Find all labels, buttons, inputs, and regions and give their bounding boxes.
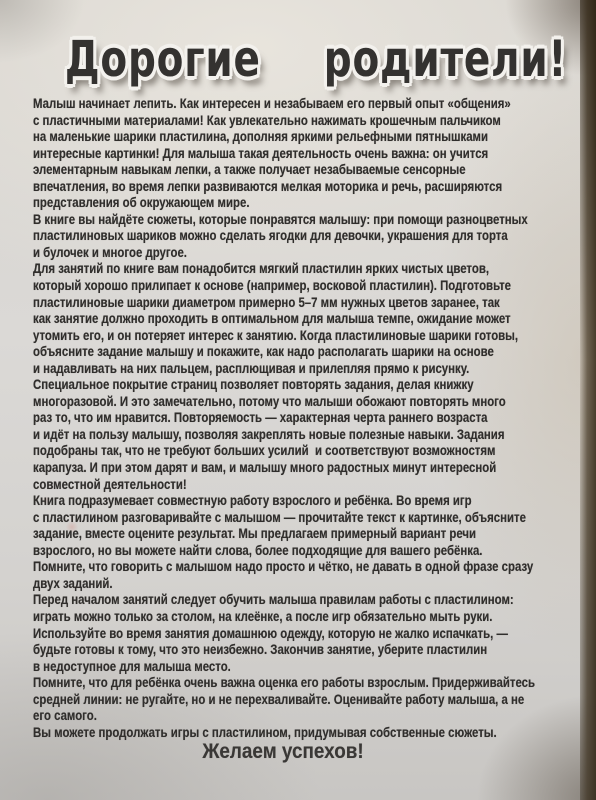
book-page-photo: Дорогие родители! Малыш начинает лепить.… bbox=[0, 0, 596, 800]
text-line: Малыш начинает лепить. Как интересен и н… bbox=[33, 95, 484, 112]
text-line: утомить его, и он потеряет интерес к зан… bbox=[33, 327, 484, 344]
text-line: двух заданий. bbox=[33, 575, 484, 592]
text-line: Для занятий по книге вам понадобится мяг… bbox=[33, 260, 484, 277]
text-line: многоразовой. И это замечательно, потому… bbox=[33, 393, 484, 410]
text-line: Помните, что говорить с малышом надо про… bbox=[33, 558, 484, 575]
text-line: и идёт на пользу малышу, позволяя закреп… bbox=[33, 426, 484, 443]
text-line: Вы можете продолжать игры с пластилином,… bbox=[33, 724, 484, 741]
text-line: представления об окружающем мире. bbox=[33, 194, 484, 211]
text-line: В книге вы найдёте сюжеты, которые понра… bbox=[33, 211, 484, 228]
text-line: с пластичными материалами! Как увлекател… bbox=[33, 112, 484, 129]
text-line: карапуза. И при этом дарят и вам, и малы… bbox=[33, 459, 484, 476]
text-line: будьте готовы к тому, что это неизбежно.… bbox=[33, 641, 484, 658]
text-line: Книга подразумевает совместную работу вз… bbox=[33, 492, 484, 509]
text-line: и булочек и многое другое. bbox=[33, 244, 484, 261]
text-line: совместной деятельности! bbox=[33, 476, 484, 493]
text-line: взрослого, но вы можете найти слова, бол… bbox=[33, 542, 484, 559]
text-line: средней линии: не ругайте, но и не перех… bbox=[33, 691, 484, 708]
text-line: элементарным навыкам лепки, а также полу… bbox=[33, 161, 484, 178]
text-line: как занятие должно проходить в оптимальн… bbox=[33, 310, 484, 327]
text-line: подобраны так, что не требуют больших ус… bbox=[33, 442, 484, 459]
closing-line: Желаем успехов! bbox=[28, 740, 537, 764]
text-line: который хорошо прилипает к основе (напри… bbox=[33, 277, 484, 294]
page-title: Дорогие родители! bbox=[65, 30, 525, 88]
body-text: Малыш начинает лепить. Как интересен и н… bbox=[33, 95, 586, 740]
text-line: пластилиновые шарики диаметром примерно … bbox=[33, 294, 484, 311]
text-line: его самого. bbox=[33, 707, 484, 724]
text-line: задание, вместе оцените результат. Мы пр… bbox=[33, 525, 484, 542]
page: Дорогие родители! Малыш начинает лепить.… bbox=[0, 0, 596, 800]
text-line: играть можно только за столом, на клеёнк… bbox=[33, 608, 484, 625]
text-line: объясните задание малышу и покажите, как… bbox=[33, 343, 484, 360]
text-line: в недоступное для малыша место. bbox=[33, 658, 484, 675]
text-line: на маленькие шарики пластилина, дополняя… bbox=[33, 128, 484, 145]
text-line: Помните, что для ребёнка очень важна оце… bbox=[33, 674, 484, 691]
text-line: Перед началом занятий следует обучить ма… bbox=[33, 591, 484, 608]
text-line: впечатления, во время лепки развиваются … bbox=[33, 178, 484, 195]
photo-edge-right bbox=[580, 0, 596, 800]
text-line: пластилиновых шариков можно сделать ягод… bbox=[33, 227, 484, 244]
text-line: с пластилином разговаривайте с малышом —… bbox=[33, 509, 484, 526]
text-line: Специальное покрытие страниц позволяет п… bbox=[33, 376, 484, 393]
text-line: Используйте во время занятия домашнюю од… bbox=[33, 625, 484, 642]
text-line: интересные картинки! Для малыша такая де… bbox=[33, 145, 484, 162]
text-line: раз то, что им нравится. Повторяемость —… bbox=[33, 409, 484, 426]
text-line: и надавливать на них пальцем, расплющива… bbox=[33, 360, 484, 377]
